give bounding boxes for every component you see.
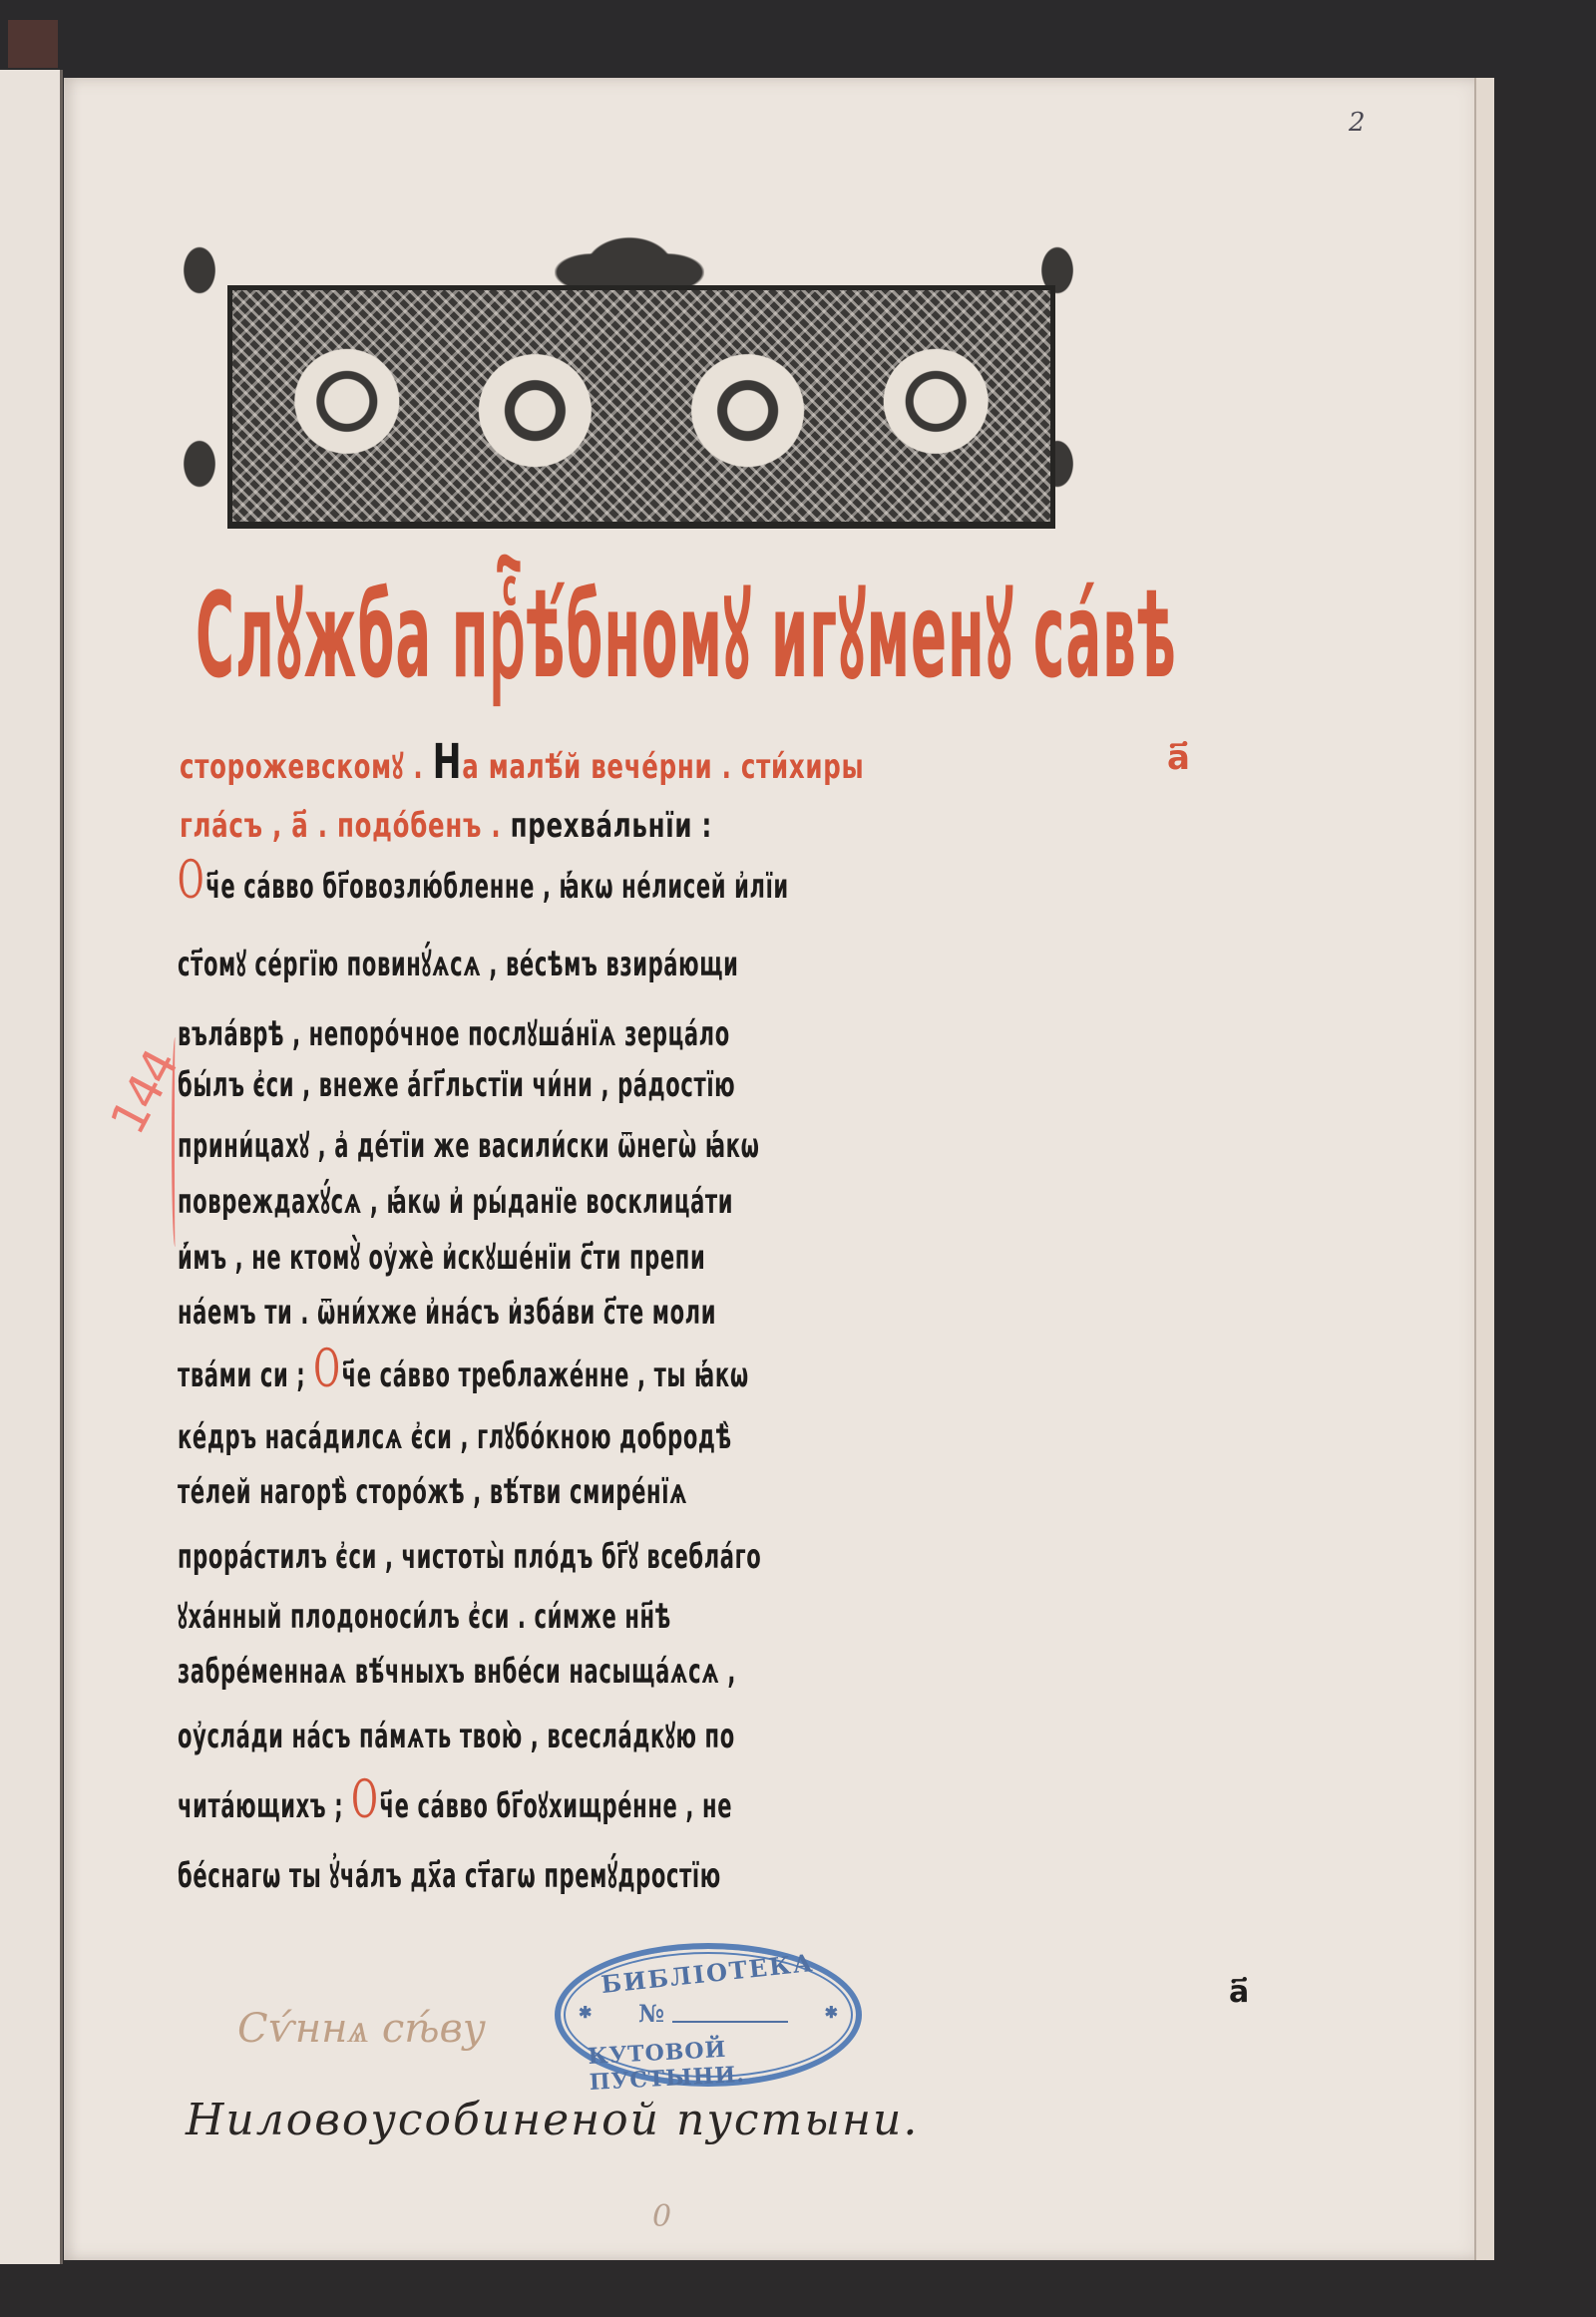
text-line: въла́врѣ , непоро́чное послꙋша́нїѧ зерца… (178, 1009, 730, 1055)
rubric-red-text: сторожевскомꙋ . (180, 747, 423, 787)
margin-numeral: а҃ (1167, 738, 1190, 778)
line-text: бы́лъ є҆си , внеже а҆́гг҃льстїи чи́ни , … (178, 1065, 735, 1105)
line-text: ке́дръ наса́дилсѧ є҆си , глꙋбо́кною добр… (178, 1417, 732, 1457)
line-text: и҆́мъ , не ктомꙋ̀ оу҆жѐ и҆скꙋше́нїи с҃ти… (178, 1238, 705, 1278)
line-text: прини́цахꙋ , а҆ де́тїи же васили́ски ѿне… (178, 1126, 760, 1166)
text-line: прини́цахꙋ , а҆ де́тїи же васили́ски ѿне… (178, 1121, 760, 1167)
facing-page-edge (0, 70, 63, 2264)
text-line: и҆́мъ , не ктомꙋ̀ оу҆жѐ и҆скꙋше́нїи с҃ти… (178, 1233, 705, 1279)
page-edge (1474, 78, 1494, 2260)
scan-background (0, 0, 1596, 80)
line-text: прора́стилъ є҆си , чистоты̀ пло́дъ бг҃ꙋ … (178, 1537, 761, 1577)
headpiece-corner-ornament (176, 429, 223, 499)
faint-mark: 0 (652, 2199, 671, 2234)
red-initial-o: О (313, 1352, 340, 1386)
library-stamp: БИБЛІОТЕКА ✱ № ✱ КУТОВОЙ ПУСТЫНИ. (555, 1943, 862, 2087)
text-line: бы́лъ є҆си , внеже а҆́гг҃льстїи чи́ни , … (178, 1065, 735, 1105)
line-text: те́лей нагорѣ̀ сторо́жѣ , вѣ́тви смире́н… (178, 1472, 687, 1512)
drop-initial-n: Н (433, 734, 463, 790)
text-line: повреждахꙋ́сѧ , ꙗ҆́кѡ и҆ ры́данїе воскли… (178, 1177, 733, 1223)
text-line: те́лей нагорѣ̀ сторо́жѣ , вѣ́тви смире́н… (178, 1472, 687, 1512)
text-line: ке́дръ наса́дилсѧ є҆си , глꙋбо́кною добр… (178, 1412, 732, 1458)
text-line: ꙋха́нный плодоноси́лъ є҆си . си́мже нн҃ѣ (178, 1592, 671, 1638)
rubric-black-text: прехва́льнїи : (511, 806, 712, 846)
title-text: Слꙋжба прⷭ҇ѣ́бномꙋ игꙋменꙋ са́вѣ (196, 577, 1177, 694)
line-text: забре́меннаѧ вѣ́чныхъ внбе́си насыща́ѧсѧ… (178, 1652, 736, 1692)
line-text: повреждахꙋ́сѧ , ꙗ҆́кѡ и҆ ры́данїе воскли… (178, 1182, 733, 1222)
star-icon: ✱ (825, 2003, 838, 2022)
line-text: ч҃е са́вво бг҃оꙋхищре́нне , не (380, 1786, 733, 1826)
folio-number: 2 (1349, 108, 1366, 138)
line-text: оу҆сла́ди на́съ па́мѧть твою̀ , всесла́д… (178, 1717, 735, 1756)
line-text: бе́снагѡ ты ꙋ҆ча́лъ дх҃а ст҃агѡ премꙋ́др… (178, 1856, 721, 1896)
headpiece-crest-ornament (555, 215, 704, 291)
line-text: въла́врѣ , непоро́чное послꙋша́нїѧ зерца… (178, 1014, 730, 1054)
line-text: на́емъ ти . ѿни́хже и҆на́съ и҆зба́ви с҃т… (178, 1293, 716, 1333)
rubric-red-text: гла́съ , а҃ . подо́бенъ . (180, 806, 501, 846)
text-line: Оч҃е са́вво бг҃овозлю́бленне , ꙗ҆́кѡ не́… (178, 864, 789, 907)
line-text: чита́ющихъ ; (178, 1786, 351, 1826)
binding-edge (8, 20, 58, 68)
text-line: прора́стилъ є҆си , чистоты̀ пло́дъ бг҃ꙋ … (178, 1532, 761, 1578)
line-text: ч҃е са́вво бг҃овозлю́бленне , ꙗ҆́кѡ не́л… (205, 867, 789, 907)
text-line: чита́ющихъ ; Оч҃е са́вво бг҃оꙋхищре́нне … (178, 1781, 732, 1827)
rubric-line-1: сторожевскомꙋ . На малѣ́й вече́рни . сти… (180, 734, 864, 790)
line-text: ст҃омꙋ се́ргїю повинꙋ́ѧсѧ , ве́сѣмъ взир… (178, 945, 739, 984)
text-line: ст҃омꙋ се́ргїю повинꙋ́ѧсѧ , ве́сѣмъ взир… (178, 940, 739, 985)
line-text: тва́ми си ; (178, 1355, 313, 1395)
text-line: оу҆сла́ди на́съ па́мѧть твою̀ , всесла́д… (178, 1712, 735, 1757)
stamp-top-text: БИБЛІОТЕКА (599, 1948, 815, 1999)
rubric-line-2: гла́съ , а҃ . подо́бенъ . прехва́льнїи : (180, 806, 712, 846)
red-initial-o: О (178, 864, 204, 898)
handwritten-ownership-note: Ниловоусобиненой пустыни. (186, 2095, 919, 2145)
woodcut-headpiece (227, 285, 1055, 529)
title-vyaz: Слꙋжба прⷭ҇ѣ́бномꙋ игꙋменꙋ са́вѣ (196, 577, 1093, 694)
text-line: тва́ми си ; Оч҃е са́вво треблаже́нне , т… (178, 1352, 749, 1395)
text-line: на́емъ ти . ѿни́хже и҆на́съ и҆зба́ви с҃т… (178, 1293, 716, 1333)
text-line: бе́снагѡ ты ꙋ҆ча́лъ дх҃а ст҃агѡ премꙋ́др… (178, 1851, 721, 1897)
quire-signature: а҃ (1229, 1975, 1249, 2010)
stamp-number-label: № (638, 1999, 664, 2028)
line-text: ꙋха́нный плодоноси́лъ є҆си . си́мже нн҃ѣ (178, 1597, 671, 1637)
rubric-black-text: а малѣ́й вече́рни . сти́хиры (462, 747, 864, 787)
red-initial-o: О (351, 1783, 378, 1817)
star-icon: ✱ (579, 2003, 592, 2022)
line-text: ч҃е са́вво треблаже́нне , ты ꙗ҆́кѡ (342, 1355, 749, 1395)
stamp-number-line (672, 2021, 788, 2023)
text-line: забре́меннаѧ вѣ́чныхъ внбе́си насыща́ѧсѧ… (178, 1652, 736, 1692)
brown-ink-note: Сѵ́ннѧ сѣ́ву (237, 2005, 486, 2052)
headpiece-corner-ornament (176, 235, 223, 305)
